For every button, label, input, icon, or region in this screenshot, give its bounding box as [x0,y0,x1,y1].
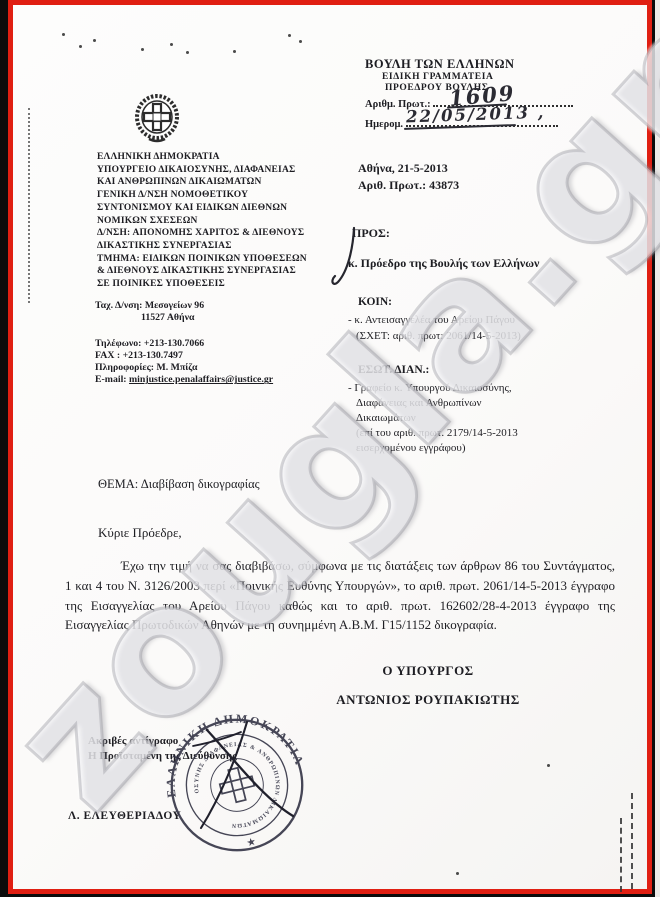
salutation: Κύριε Πρόεδρε, [98,525,182,541]
body-paragraph: Έχω την τιμή να σας διαβιβάσω, σύμφωνα μ… [65,556,615,635]
handwritten-checkmark-icon [330,226,358,292]
scan-speck [62,33,65,36]
scan-speck [141,48,144,51]
email-label: E-mail: [95,374,127,385]
sender-line: ΥΠΟΥΡΓΕΙΟ ΔΙΚΑΙΟΣΥΝΗΣ, ΔΙΑΦΑΝΕΙΑΣ [97,164,307,177]
scan-edge-strip [655,0,660,897]
sender-line: ΣΥΝΤΟΝΙΣΜΟΥ ΚΑΙ ΕΙΔΙΚΩΝ ΔΙΕΘΝΩΝ [97,202,307,215]
sender-contact-block: Ταχ. Δ/νση: Μεσογείων 96 11527 Αθήνα Τηλ… [95,300,273,387]
koin-label: ΚΟΙΝ: [358,296,392,308]
sender-line: Δ/ΝΣΗ: ΑΠΟΝΟΜΗΣ ΧΑΡΙΤΟΣ & ΔΙΕΘΝΟΥΣ [97,227,307,240]
scan-speck [186,51,189,54]
sender-line: ΕΛΛΗΝΙΚΗ ΔΗΜΟΚΡΑΤΙΑ [97,151,307,164]
esot-line: εισερχομένου εγγράφου) [356,441,466,456]
scan-streak [631,793,633,889]
signature-title: Ο ΥΠΟΥΡΓΟΣ [303,663,553,679]
sender-line: ΣΕ ΠΟΙΝΙΚΕΣ ΥΠΟΘΕΣΕΙΣ [97,278,307,291]
esot-line: - Γραφείο κ. Υπουργού Δικαιοσύνης, [348,381,512,396]
fax-line: FAX : +213-130.7497 [95,350,273,362]
postal-address: Ταχ. Δ/νση: Μεσογείων 96 [95,300,273,312]
sender-line: ΔΙΚΑΣΤΙΚΗΣ ΣΥΝΕΡΓΑΣΙΑΣ [97,240,307,253]
parliament-date-label: Ημερομ. [365,119,403,130]
postal-address-city: 11527 Αθήνα [95,312,273,324]
koin-line: - κ. Αντεισαγγελέα του Αρείου Πάγου [348,313,515,328]
esot-line: Διαφάνειας και Ανθρωπίνων [356,396,481,411]
scan-speck [170,43,173,46]
scan-speck [288,34,291,37]
info-line: Πληροφορίες: Μ. Μπίζα [95,362,273,374]
esot-line: Δικαιωμάτων [356,411,416,426]
handwritten-signature-icon [175,716,320,848]
scan-speck [93,39,96,42]
scan-speck [456,872,459,875]
sender-line: ΝΟΜΙΚΩΝ ΣΧΕΣΕΩΝ [97,215,307,228]
protocol-number: Αριθ. Πρωτ.: 43873 [358,177,459,194]
scan-streak [620,818,622,892]
koin-line: (ΣΧΕΤ: αριθ. πρωτ: 2061/14-5-2013) [356,329,521,344]
esot-line: (επί του αριθ. πρωτ. 2179/14-5-2013 [356,426,518,441]
parliament-stamp-line2: ΕΙΔΙΚΗ ΓΡΑΜΜΑΤΕΙΑ [382,72,493,82]
scan-speck [299,40,302,43]
pros-recipient: κ. Πρόεδρο της Βουλής των Ελλήνων [348,256,539,271]
signature-name: ΑΝΤΩΝΙΟΣ ΡΟΥΠΑΚΙΩΤΗΣ [303,692,553,708]
spacer [95,325,273,338]
subject-line: ΘΕΜΑ: Διαβίβαση δικογραφίας [98,477,260,492]
phone-line: Τηλέφωνο: +213-130.7066 [95,338,273,350]
greek-coat-of-arms-icon [133,94,181,144]
scan-binding-dots [28,108,30,303]
scanned-letter-page: { "document": { "watermark_text": "zougl… [0,0,660,897]
sender-line: ΚΑΙ ΑΝΘΡΩΠΙΝΩΝ ΔΙΚΑΙΩΜΑΤΩΝ [97,176,307,189]
sender-line: ΤΜΗΜΑ: ΕΙΔΙΚΩΝ ΠΟΙΝΙΚΩΝ ΥΠΟΘΕΣΕΩΝ [97,253,307,266]
email-address: minjustice.penalaffairs@justice.gr [129,374,273,385]
certification-name: Λ. ΕΛΕΥΘΕΡΙΑΔΟΥ [68,810,181,822]
email-line: E-mail: minjustice.penalaffairs@justice.… [95,374,273,386]
scan-speck [79,45,82,48]
esot-label: ΕΣΩΤ. ΔΙΑΝ.: [358,364,429,376]
sender-line: & ΔΙΕΘΝΟΥΣ ΔΙΚΑΣΤΙΚΗΣ ΣΥΝΕΡΓΑΣΙΑΣ [97,265,307,278]
scan-speck [233,50,236,53]
scan-speck [547,764,550,767]
city-date: Αθήνα, 21-5-2013 [358,160,448,177]
sender-line: ΓΕΝΙΚΗ Δ/ΝΣΗ ΝΟΜΟΘΕΤΙΚΟΥ [97,189,307,202]
sender-ministry-block: ΕΛΛΗΝΙΚΗ ΔΗΜΟΚΡΑΤΙΑ ΥΠΟΥΡΓΕΙΟ ΔΙΚΑΙΟΣΥΝΗ… [97,151,307,291]
parliament-stamp-line1: ΒΟΥΛΗ ΤΩΝ ΕΛΛΗΝΩΝ [365,57,515,72]
